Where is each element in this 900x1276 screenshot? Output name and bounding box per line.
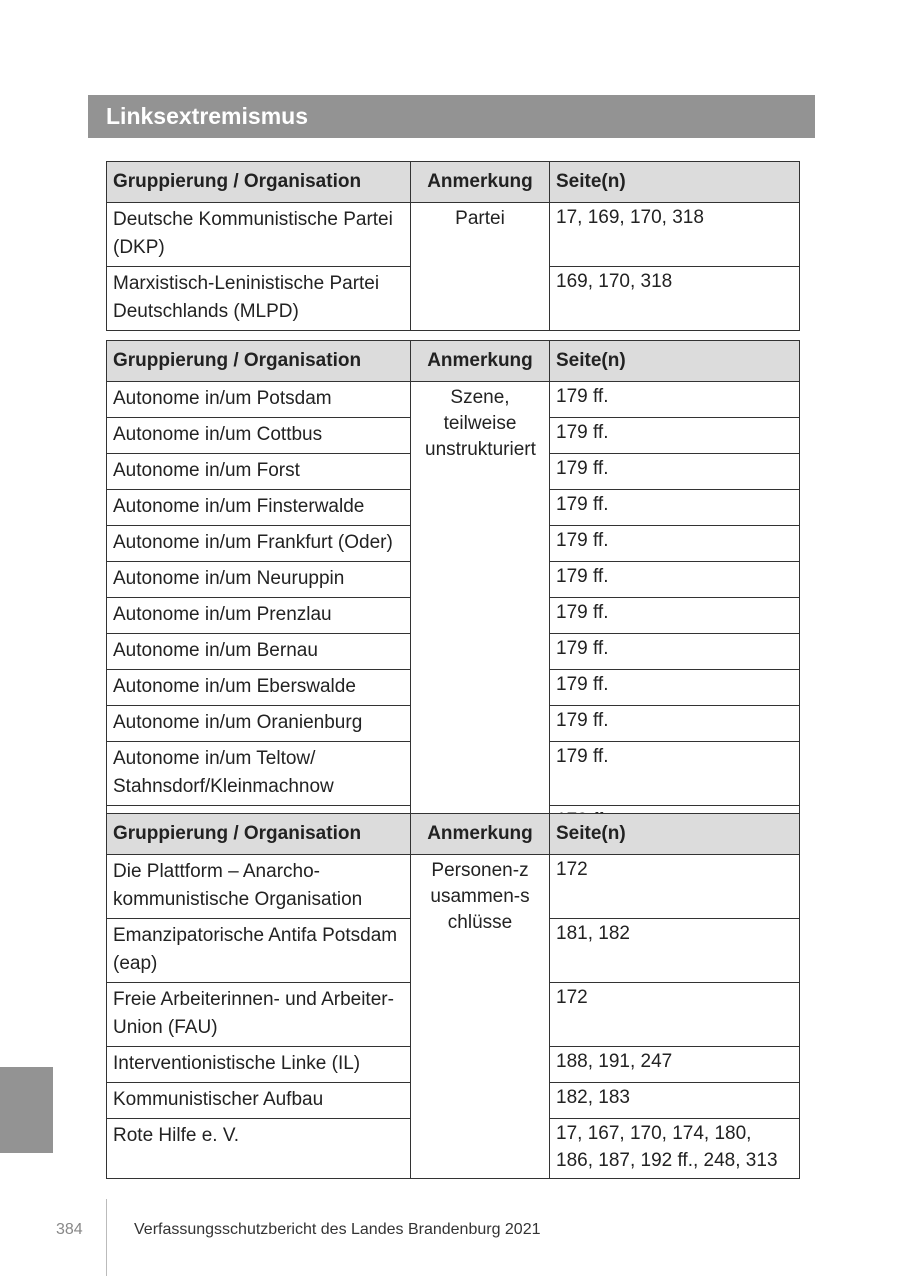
org-name: Autonome in/um Bernau [107,634,411,670]
org-pages: 172 [550,983,800,1047]
associations-table: Gruppierung / Organisation Anmerkung Sei… [106,813,800,1179]
org-pages: 179 ff. [550,706,800,742]
org-pages: 179 ff. [550,454,800,490]
org-pages: 179 ff. [550,418,800,454]
org-name: Autonome in/um Neuruppin [107,562,411,598]
org-pages: 181, 182 [550,919,800,983]
table-header-row: Gruppierung / Organisation Anmerkung Sei… [107,814,800,855]
org-pages: 172 [550,855,800,919]
org-pages: 179 ff. [550,382,800,418]
org-name: Kommunistischer Aufbau [107,1083,411,1119]
org-name: Deutsche Kommunistische Partei (DKP) [107,203,411,267]
org-pages: 179 ff. [550,562,800,598]
org-note-text: Personen-zusammen-schlüsse [430,858,530,936]
header-note: Anmerkung [411,814,550,855]
org-name: Autonome in/um Forst [107,454,411,490]
org-note: Szene, teilweise unstrukturiert [411,382,550,842]
org-name: Die Plattform – Anarcho-kommunistische O… [107,855,411,919]
org-note: Partei [411,203,550,331]
org-pages: 188, 191, 247 [550,1047,800,1083]
org-pages: 179 ff. [550,598,800,634]
page-number: 384 [56,1221,83,1239]
org-name: Rote Hilfe e. V. [107,1119,411,1179]
org-pages: 179 ff. [550,490,800,526]
org-name: Emanzipatorische Antifa Potsdam (eap) [107,919,411,983]
org-name: Marxistisch-Leninistische Partei Deutsch… [107,267,411,331]
org-name: Autonome in/um Prenzlau [107,598,411,634]
org-pages: 179 ff. [550,742,800,806]
org-name: Autonome in/um Cottbus [107,418,411,454]
table-row: Die Plattform – Anarcho-kommunistische O… [107,855,800,919]
header-note: Anmerkung [411,341,550,382]
footer-divider [106,1199,107,1276]
org-name: Autonome in/um Eberswalde [107,670,411,706]
footer-title: Verfassungsschutzbericht des Landes Bran… [134,1221,541,1239]
org-name: Autonome in/um Teltow/ Stahnsdorf/Kleinm… [107,742,411,806]
org-pages: 182, 183 [550,1083,800,1119]
table-header-row: Gruppierung / Organisation Anmerkung Sei… [107,162,800,203]
org-name: Freie Arbeiterinnen- und Arbeiter-Union … [107,983,411,1047]
header-pages: Seite(n) [550,814,800,855]
chapter-thumb-tab [0,1067,53,1153]
org-pages: 17, 167, 170, 174, 180, 186, 187, 192 ff… [550,1119,800,1179]
header-note: Anmerkung [411,162,550,203]
org-pages: 179 ff. [550,634,800,670]
org-name: Autonome in/um Finsterwalde [107,490,411,526]
org-pages: 17, 169, 170, 318 [550,203,800,267]
header-pages: Seite(n) [550,341,800,382]
header-organisation: Gruppierung / Organisation [107,814,411,855]
org-pages: 179 ff. [550,670,800,706]
org-name: Autonome in/um Frankfurt (Oder) [107,526,411,562]
header-organisation: Gruppierung / Organisation [107,162,411,203]
header-pages: Seite(n) [550,162,800,203]
section-title: Linksextremismus [88,95,815,138]
org-pages: 169, 170, 318 [550,267,800,331]
org-name: Autonome in/um Oranienburg [107,706,411,742]
autonomous-scene-table: Gruppierung / Organisation Anmerkung Sei… [106,340,800,842]
header-organisation: Gruppierung / Organisation [107,341,411,382]
table-header-row: Gruppierung / Organisation Anmerkung Sei… [107,341,800,382]
org-pages: 179 ff. [550,526,800,562]
table-row: Autonome in/um Potsdam Szene, teilweise … [107,382,800,418]
table-row: Deutsche Kommunistische Partei (DKP) Par… [107,203,800,267]
party-table: Gruppierung / Organisation Anmerkung Sei… [106,161,800,331]
org-note: Personen-zusammen-schlüsse [411,855,550,1179]
org-name: Interventionistische Linke (IL) [107,1047,411,1083]
org-name: Autonome in/um Potsdam [107,382,411,418]
